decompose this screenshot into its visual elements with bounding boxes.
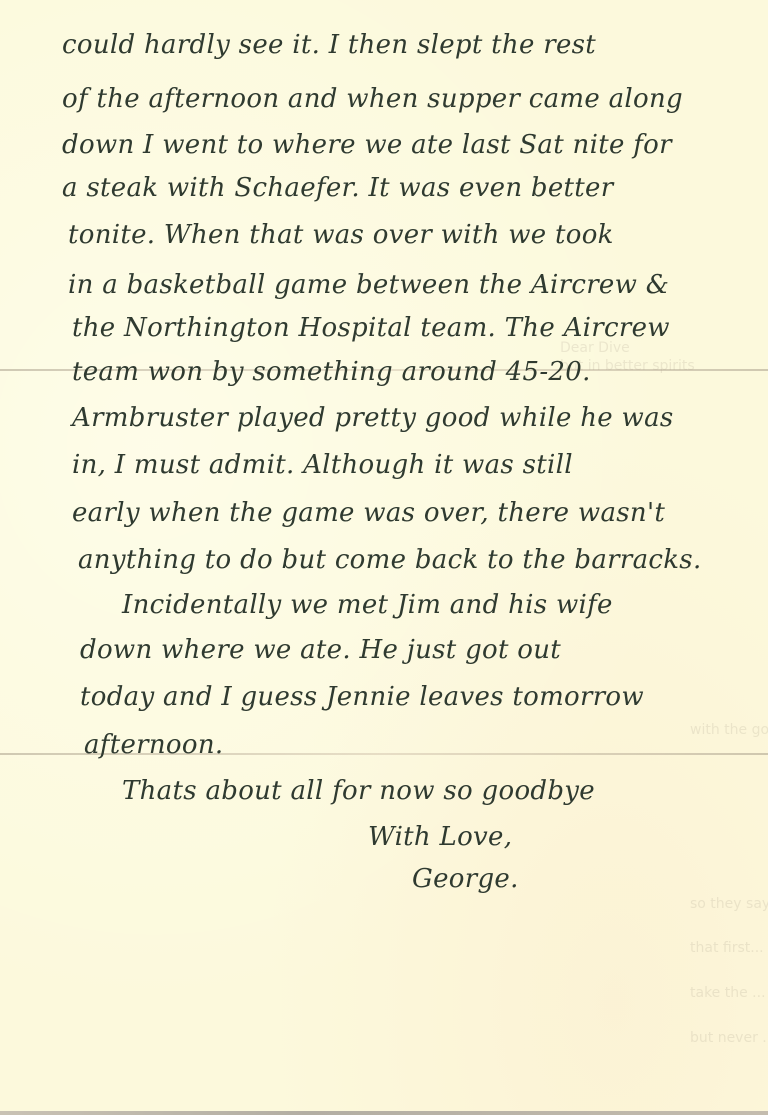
letter-page: Dear Dive but in better spirits with the… [0,0,768,1115]
letter-line: could hardly see it. I then slept the re… [62,30,596,60]
bleed-through-text: with the good [690,722,768,738]
bleed-through-text: but never ... [690,1030,768,1046]
letter-line: in a basketball game between the Aircrew… [68,270,669,300]
letter-line: down where we ate. He just got out [80,635,561,665]
page-bottom-edge [0,1111,768,1115]
letter-valediction: With Love, [368,822,512,852]
letter-signature: George. [412,864,519,894]
bleed-through-text: so they say [690,896,768,912]
letter-line: Armbruster played pretty good while he w… [72,403,674,433]
letter-line: of the afternoon and when supper came al… [62,84,683,114]
letter-line: Incidentally we met Jim and his wife [122,590,613,620]
letter-line: a steak with Schaefer. It was even bette… [62,173,613,203]
letter-line: team won by something around 45-20. [72,357,591,387]
letter-line: anything to do but come back to the barr… [78,545,702,575]
letter-line: afternoon. [84,730,223,760]
bleed-through-text: take the ... [690,985,766,1001]
letter-line: down I went to where we ate last Sat nit… [62,130,672,160]
letter-line: tonite. When that was over with we took [68,220,614,250]
letter-line: today and I guess Jennie leaves tomorrow [80,682,644,712]
bleed-through-text: that first... [690,940,764,956]
letter-line: early when the game was over, there wasn… [72,498,665,528]
letter-closing: Thats about all for now so goodbye [122,776,595,806]
letter-line: in, I must admit. Although it was still [72,450,573,480]
letter-line: the Northington Hospital team. The Aircr… [72,313,670,343]
